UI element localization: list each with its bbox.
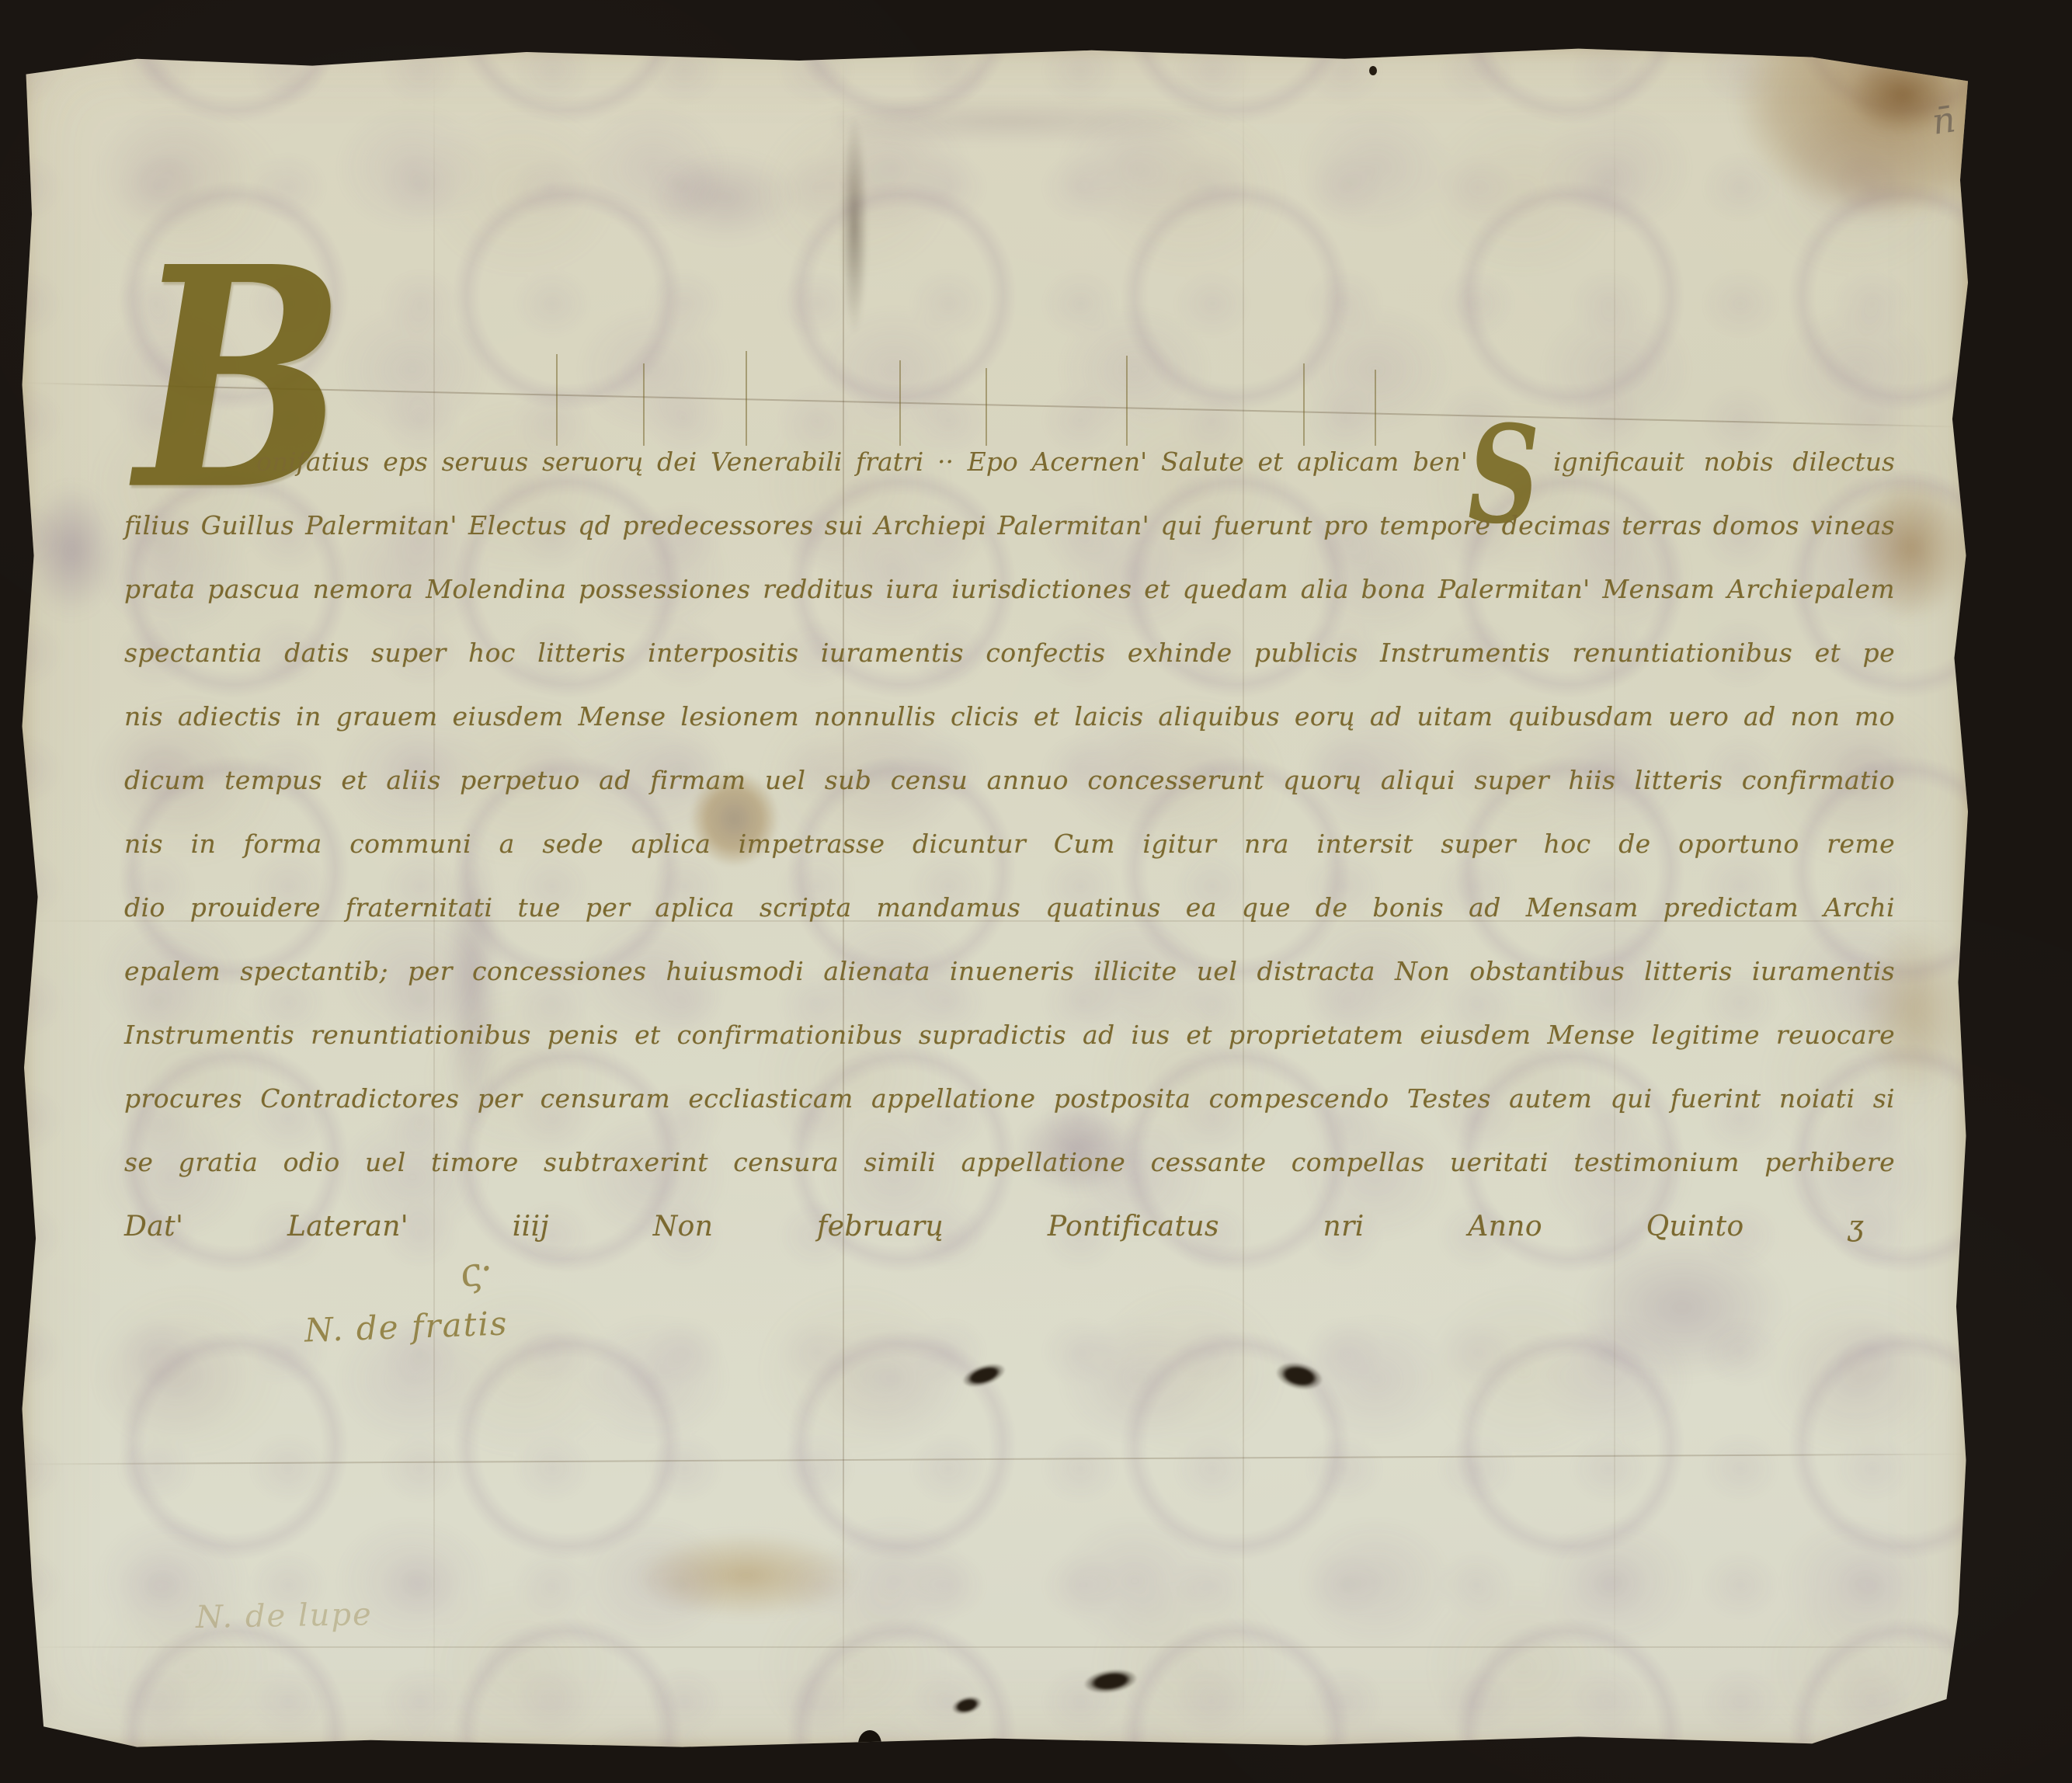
- faded-scribe-signature: N. de lupe: [196, 1597, 373, 1635]
- small-hole-top: [1369, 66, 1377, 75]
- text-line-7: nis in forma communi a sede aplica impet…: [124, 829, 1895, 859]
- corner-registration-mark: n̄: [1929, 98, 1958, 143]
- text-line-3: prata pascua nemora Molendina possession…: [124, 574, 1895, 604]
- ascender-stroke: [899, 360, 901, 446]
- ascender-stroke: [643, 363, 645, 446]
- ascender-stroke: [556, 354, 558, 446]
- ascender-stroke: [1375, 370, 1376, 446]
- text-line-6: dicum tempus et aliis perpetuo ad firmam…: [124, 765, 1895, 795]
- seal-slit-2: [1273, 1358, 1326, 1394]
- text-line-9: epalem spectantib; per concessiones huiu…: [124, 956, 1895, 986]
- text-line-8: dio prouidere fraternitati tue per aplic…: [124, 892, 1895, 923]
- ascender-stroke: [746, 351, 747, 446]
- fold-crease-horizontal-4: [20, 1646, 1968, 1648]
- stain-bottom-center: [591, 1515, 902, 1635]
- ascender-stroke: [1303, 363, 1305, 446]
- ascender-stroke: [986, 368, 987, 446]
- text-line-4: spectantia datis super hoc litteris inte…: [124, 638, 1895, 668]
- show-through-smudge: [836, 89, 1271, 155]
- stain-left-edge: [9, 459, 134, 641]
- line1-after-initial: ignificauit nobis dilectus: [1553, 447, 1895, 477]
- worm-hole: [858, 1730, 881, 1758]
- scribe-signature: N. de fratis: [304, 1304, 509, 1349]
- seal-slit-4: [950, 1693, 984, 1718]
- ascender-stroke: [1126, 356, 1128, 446]
- decorated-initial-S: S: [1468, 436, 1553, 516]
- stain-top-right: [1643, 40, 1977, 312]
- text-line-1: onifatius eps seruus seruorų dei Venerab…: [256, 447, 1895, 506]
- purple-cluster-top: [622, 133, 828, 261]
- text-line-11: procures Contradictores per censuram ecc…: [124, 1083, 1895, 1114]
- text-line-12: se gratia odio uel timore subtraxerint c…: [124, 1147, 1895, 1177]
- seal-slit-1: [959, 1359, 1008, 1392]
- date-line: Dat' Lateran' iiij Non februarų Pontific…: [124, 1211, 1864, 1243]
- dark-crease-streak: [837, 90, 871, 362]
- parchment-sheet: B onifatius eps seruus seruorų dei Vener…: [20, 43, 1968, 1750]
- text-line-10: Instrumentis renuntiationibus penis et c…: [124, 1020, 1895, 1050]
- line1-before-initial: onifatius eps seruus seruorų dei Venerab…: [256, 447, 1468, 477]
- seal-slit-3: [1082, 1666, 1139, 1696]
- chancery-flourish-mark: ς·: [454, 1246, 499, 1298]
- fold-crease-horizontal-3: [20, 1453, 1968, 1465]
- manuscript-photo: B onifatius eps seruus seruorų dei Vener…: [0, 0, 2072, 1783]
- text-line-5: nis adiectis in grauem eiusdem Mense les…: [124, 701, 1895, 732]
- text-line-2: filius Guillus Palermitan' Electus qd pr…: [124, 510, 1895, 540]
